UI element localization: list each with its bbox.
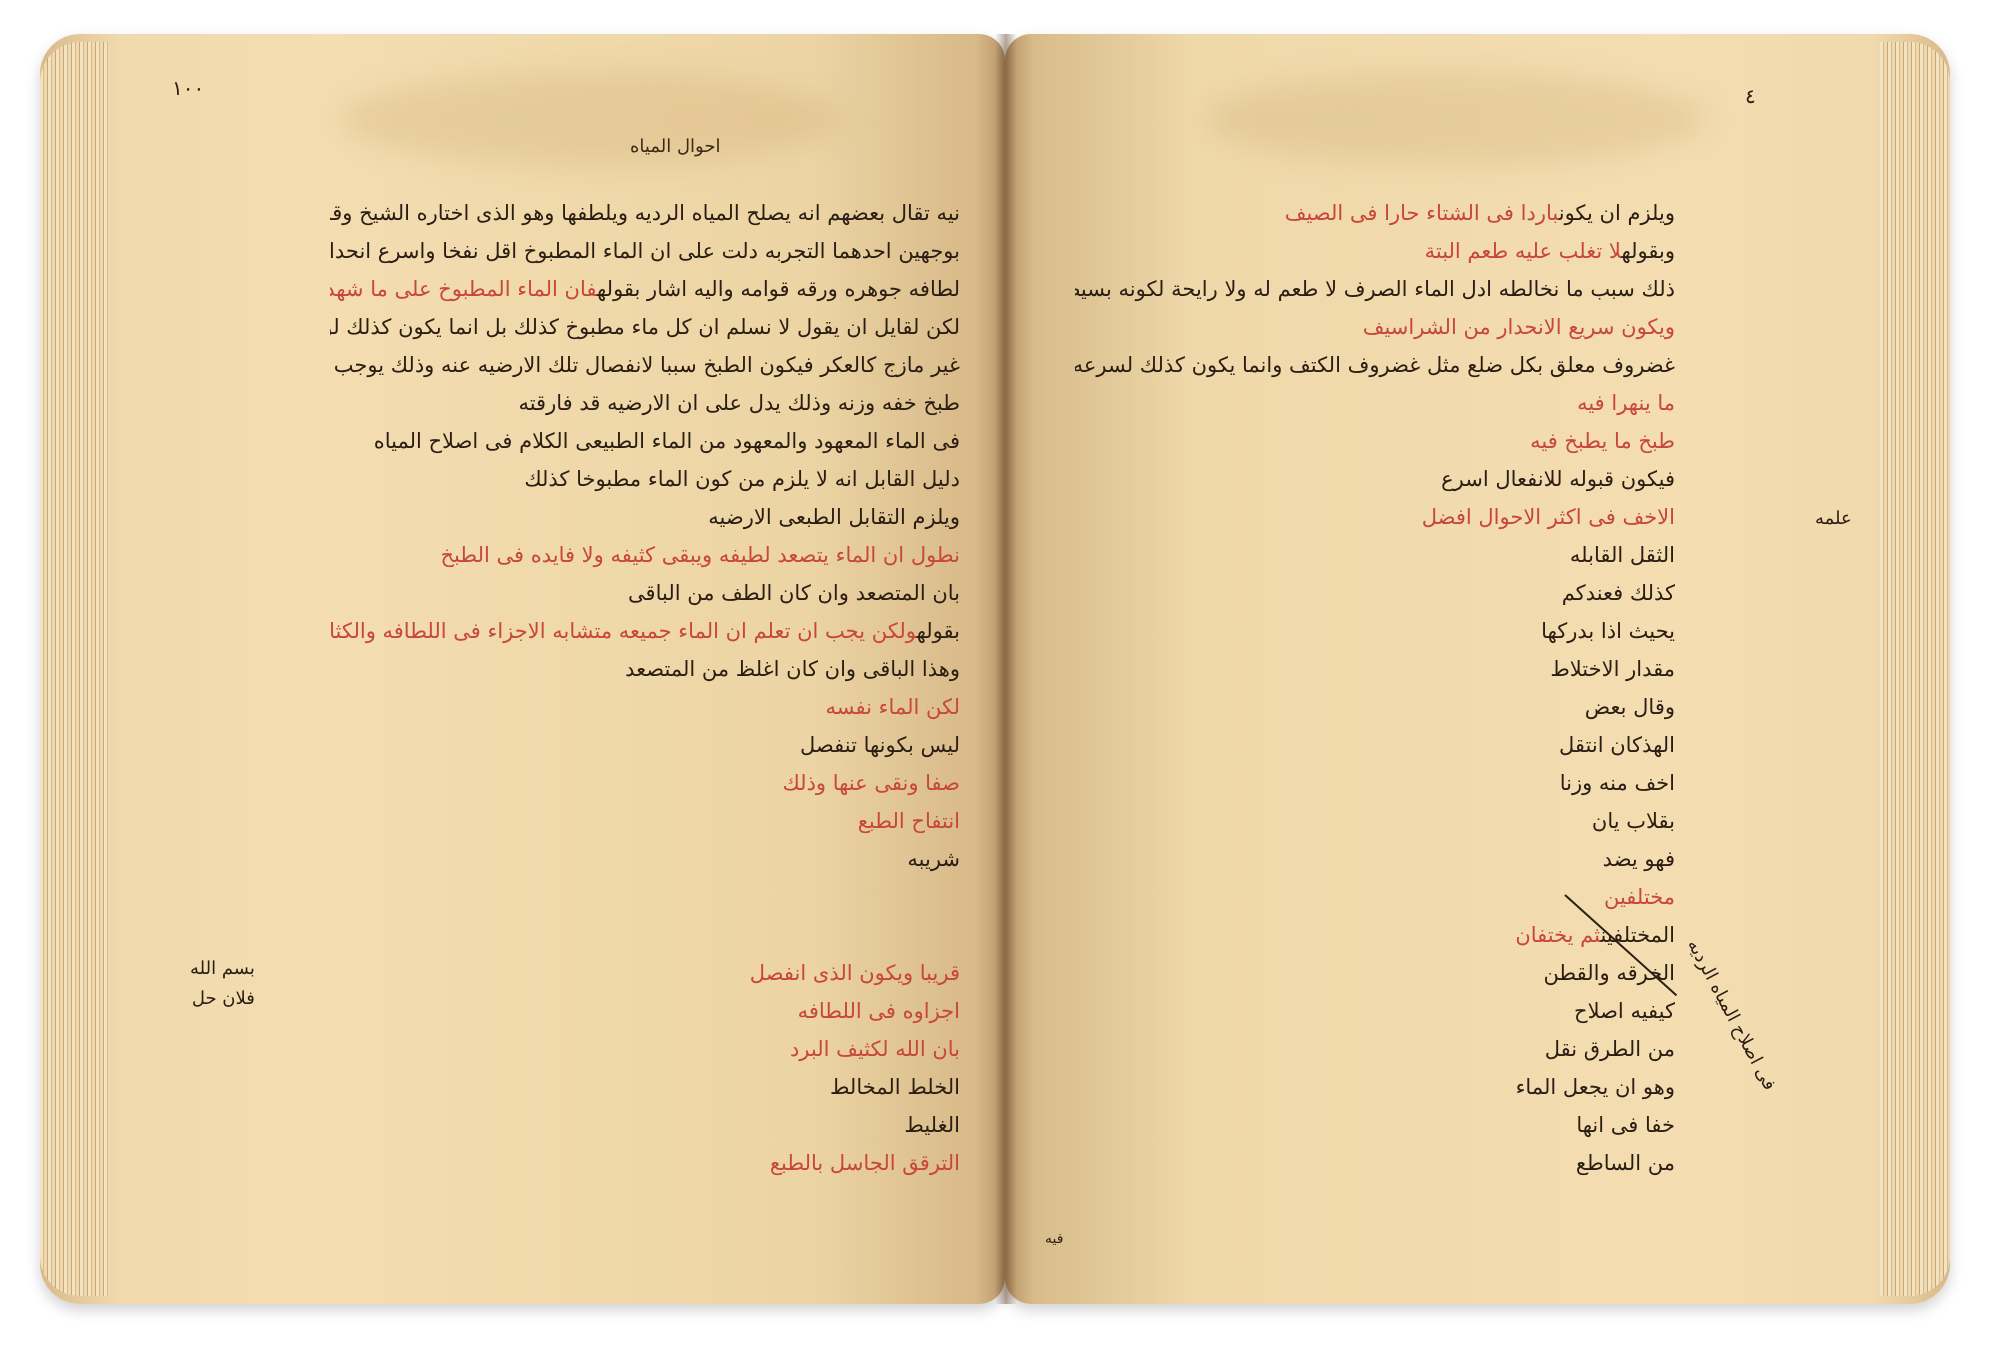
text-line: دليل القابل انه لا يلزم من كون الماء مطب… bbox=[330, 460, 960, 498]
right-text-block: ويلزم ان يكونباردا فى الشتاء حارا فى الص… bbox=[1075, 194, 1675, 1182]
text-line: كذلك فعندكم bbox=[1075, 574, 1675, 612]
text-line: صفا ونقى عنها وذلك bbox=[330, 764, 960, 802]
text-line: ما ينهرا فيه bbox=[1075, 384, 1675, 422]
text-line: فهو يضد bbox=[1075, 840, 1675, 878]
text-line: انتفاح الطبع bbox=[330, 802, 960, 840]
text-line: غير مازج كالعكر فيكون الطبخ سببا لانفصال… bbox=[330, 346, 960, 384]
text-line: شريبه bbox=[330, 840, 960, 878]
text-line: المختلفينثم يختفان bbox=[1075, 916, 1675, 954]
text-line: لكن لقايل ان يقول لا نسلم ان كل ماء مطبو… bbox=[330, 308, 960, 346]
book-gutter bbox=[995, 34, 1017, 1304]
right-catchword: فيه bbox=[1045, 1224, 1063, 1254]
text-line: خفا فى انها bbox=[1075, 1106, 1675, 1144]
text-line: طبخ خفه وزنه وذلك يدل على ان الارضيه قد … bbox=[330, 384, 960, 422]
text-line: من الطرق نقل bbox=[1075, 1030, 1675, 1068]
text-line: اخف منه وزنا bbox=[1075, 764, 1675, 802]
text-line: الثقل القابله bbox=[1075, 536, 1675, 574]
text-line: قريبا ويكون الذى انفصل bbox=[330, 954, 960, 992]
text-line: وبقولهلا تغلب عليه طعم البتة bbox=[1075, 232, 1675, 270]
text-line: بقولهولكن يجب ان تعلم ان الماء جميعه متش… bbox=[330, 612, 960, 650]
text-line: ليس بكونها تنفصل bbox=[330, 726, 960, 764]
text-line: مقدار الاختلاط bbox=[1075, 650, 1675, 688]
right-page: ٤ ويلزم ان يكونباردا فى الشتاء حارا فى ا… bbox=[1005, 34, 1950, 1304]
text-line: نطول ان الماء يتصعد لطيفه ويبقى كثيفه ول… bbox=[330, 536, 960, 574]
text-line: وهو ان يجعل الماء bbox=[1075, 1068, 1675, 1106]
left-page-header: احوال المياه bbox=[630, 136, 720, 157]
text-line: بقلاب يان bbox=[1075, 802, 1675, 840]
open-manuscript: ١٠٠ احوال المياه نيه تقال بعضهم انه يصلح… bbox=[40, 34, 1950, 1324]
text-line bbox=[330, 878, 960, 916]
text-line: نيه تقال بعضهم انه يصلح المياه الرديه وي… bbox=[330, 194, 960, 232]
text-line: ويلزم ان يكونباردا فى الشتاء حارا فى الص… bbox=[1075, 194, 1675, 232]
left-page-edges bbox=[40, 42, 110, 1296]
text-line: بوجهين احدهما التجربه دلت على ان الماء ا… bbox=[330, 232, 960, 270]
text-line: وهذا الباقى وان كان اغلظ من المتصعد bbox=[330, 650, 960, 688]
text-line: لطافه جوهره ورقه قوامه واليه اشار بقولهف… bbox=[330, 270, 960, 308]
text-line: بان الله لكثيف البرد bbox=[330, 1030, 960, 1068]
paper-stain bbox=[1205, 74, 1705, 164]
left-margin-note: بسم الله فلان حل bbox=[190, 954, 255, 1014]
text-line: وقال بعض bbox=[1075, 688, 1675, 726]
text-line: الخرقه والقطن bbox=[1075, 954, 1675, 992]
text-line: كيفيه اصلاح bbox=[1075, 992, 1675, 1030]
text-line: طبخ ما يطبخ فيه bbox=[1075, 422, 1675, 460]
text-line: ذلك سبب ما نخالطه ادل الماء الصرف لا طعم… bbox=[1075, 270, 1675, 308]
text-line: الخلط المخالط bbox=[330, 1068, 960, 1106]
text-line: من الساطع bbox=[1075, 1144, 1675, 1182]
text-line: بان المتصعد وان كان الطف من الباقى bbox=[330, 574, 960, 612]
text-line: فى الماء المعهود والمعهود من الماء الطبي… bbox=[330, 422, 960, 460]
left-page: ١٠٠ احوال المياه نيه تقال بعضهم انه يصلح… bbox=[40, 34, 1005, 1304]
paper-stain bbox=[340, 74, 840, 164]
left-text-block: نيه تقال بعضهم انه يصلح المياه الرديه وي… bbox=[330, 194, 960, 1182]
text-line: الترقق الجاسل بالطبع bbox=[330, 1144, 960, 1182]
text-line: لكن الماء نفسه bbox=[330, 688, 960, 726]
text-line: فيكون قبوله للانفعال اسرع bbox=[1075, 460, 1675, 498]
text-line: ويلزم التقابل الطبعى الارضيه bbox=[330, 498, 960, 536]
text-line: اجزاوه فى اللطافه bbox=[330, 992, 960, 1030]
text-line: الغليط bbox=[330, 1106, 960, 1144]
text-line: يحيث اذا بدركها bbox=[1075, 612, 1675, 650]
right-page-edges bbox=[1880, 42, 1950, 1296]
text-line bbox=[330, 916, 960, 954]
left-folio-number: ١٠٠ bbox=[172, 76, 204, 100]
text-line: غضروف معلق بكل ضلع مثل غضروف الكتف وانما… bbox=[1075, 346, 1675, 384]
text-line: الهذكان انتقل bbox=[1075, 726, 1675, 764]
text-line: ويكون سريع الانحدار من الشراسيف bbox=[1075, 308, 1675, 346]
right-margin-note-diagonal: فى اصلاح المياه الرديه bbox=[1679, 934, 1784, 1096]
right-margin-note-middle: علمه bbox=[1815, 504, 1852, 534]
text-line: مختلفين bbox=[1075, 878, 1675, 916]
text-line: الاخف فى اكثر الاحوال افضل bbox=[1075, 498, 1675, 536]
right-folio-number: ٤ bbox=[1745, 84, 1756, 108]
